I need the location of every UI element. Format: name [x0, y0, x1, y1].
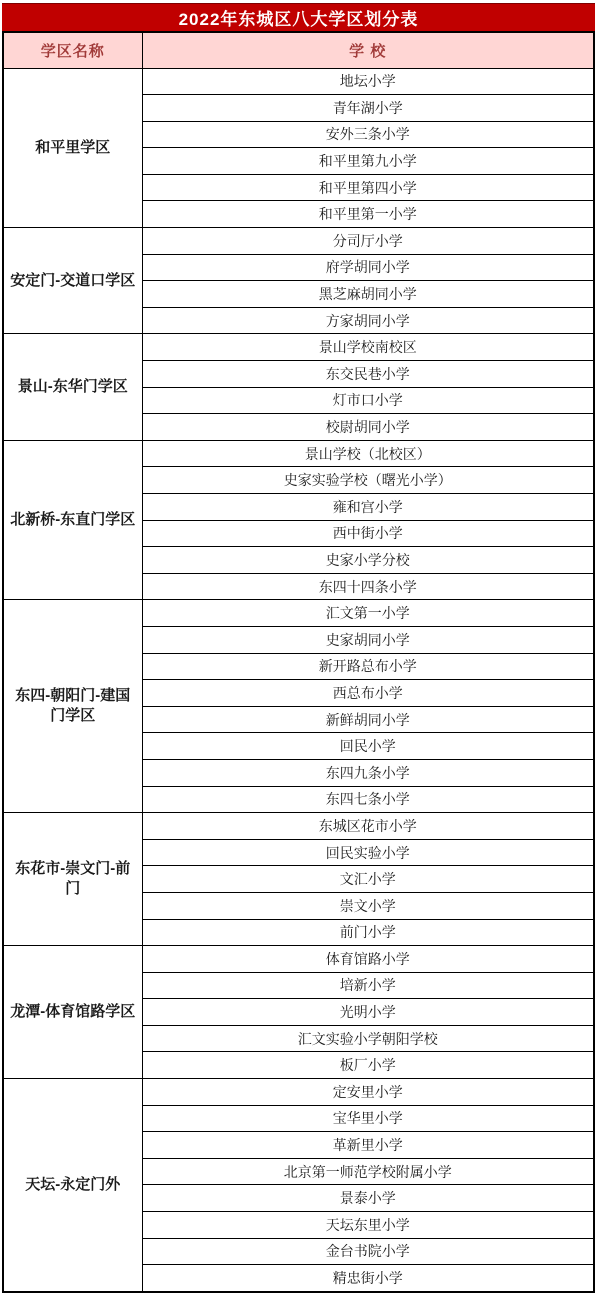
district-name-cell: 景山-东华门学区 [3, 334, 142, 440]
district-name-cell: 北新桥-东直门学区 [3, 440, 142, 600]
school-name-cell: 和平里第一小学 [142, 201, 594, 228]
school-name-cell: 前门小学 [142, 919, 594, 946]
table-row: 和平里学区地坛小学 [3, 68, 594, 95]
table-row: 东四-朝阳门-建国门学区汇文第一小学 [3, 600, 594, 627]
school-name-cell: 文汇小学 [142, 866, 594, 893]
table-body: 和平里学区地坛小学青年湖小学安外三条小学和平里第九小学和平里第四小学和平里第一小… [3, 68, 594, 1292]
table-row: 天坛-永定门外定安里小学 [3, 1079, 594, 1106]
district-name-cell: 和平里学区 [3, 68, 142, 228]
school-name-cell: 史家小学分校 [142, 547, 594, 574]
district-name-cell: 安定门-交道口学区 [3, 228, 142, 334]
school-name-cell: 新鲜胡同小学 [142, 706, 594, 733]
school-name-cell: 回民小学 [142, 733, 594, 760]
column-header-district: 学区名称 [3, 32, 142, 68]
district-name-cell: 龙潭-体育馆路学区 [3, 946, 142, 1079]
school-name-cell: 东交民巷小学 [142, 361, 594, 388]
school-name-cell: 西中街小学 [142, 520, 594, 547]
district-name-cell: 天坛-永定门外 [3, 1079, 142, 1292]
school-name-cell: 金台书院小学 [142, 1238, 594, 1265]
school-name-cell: 革新里小学 [142, 1132, 594, 1159]
district-name-cell: 东花市-崇文门-前门 [3, 813, 142, 946]
school-name-cell: 安外三条小学 [142, 121, 594, 148]
school-name-cell: 汇文实验小学朝阳学校 [142, 1025, 594, 1052]
school-name-cell: 青年湖小学 [142, 95, 594, 122]
school-name-cell: 灯市口小学 [142, 387, 594, 414]
table-row: 景山-东华门学区景山学校南校区 [3, 334, 594, 361]
page-title: 2022年东城区八大学区划分表 [2, 3, 595, 31]
school-name-cell: 板厂小学 [142, 1052, 594, 1079]
school-name-cell: 地坛小学 [142, 68, 594, 95]
school-name-cell: 黑芝麻胡同小学 [142, 281, 594, 308]
school-name-cell: 定安里小学 [142, 1079, 594, 1106]
school-name-cell: 体育馆路小学 [142, 946, 594, 973]
districts-table: 学区名称 学 校 和平里学区地坛小学青年湖小学安外三条小学和平里第九小学和平里第… [2, 31, 595, 1293]
school-name-cell: 东四九条小学 [142, 759, 594, 786]
school-name-cell: 西总布小学 [142, 680, 594, 707]
school-name-cell: 方家胡同小学 [142, 307, 594, 334]
school-name-cell: 新开路总布小学 [142, 653, 594, 680]
school-name-cell: 光明小学 [142, 999, 594, 1026]
school-name-cell: 景山学校南校区 [142, 334, 594, 361]
school-name-cell: 宝华里小学 [142, 1105, 594, 1132]
school-name-cell: 东四七条小学 [142, 786, 594, 813]
school-name-cell: 雍和宫小学 [142, 494, 594, 521]
school-name-cell: 景泰小学 [142, 1185, 594, 1212]
table-row: 东花市-崇文门-前门东城区花市小学 [3, 813, 594, 840]
table-row: 龙潭-体育馆路学区体育馆路小学 [3, 946, 594, 973]
table-row: 北新桥-东直门学区景山学校（北校区） [3, 440, 594, 467]
school-name-cell: 精忠街小学 [142, 1265, 594, 1292]
table-row: 安定门-交道口学区分司厅小学 [3, 228, 594, 255]
school-name-cell: 崇文小学 [142, 892, 594, 919]
school-name-cell: 东城区花市小学 [142, 813, 594, 840]
school-name-cell: 史家实验学校（曙光小学） [142, 467, 594, 494]
school-name-cell: 景山学校（北校区） [142, 440, 594, 467]
school-name-cell: 北京第一师范学校附属小学 [142, 1158, 594, 1185]
school-name-cell: 和平里第九小学 [142, 148, 594, 175]
district-name-cell: 东四-朝阳门-建国门学区 [3, 600, 142, 813]
school-name-cell: 东四十四条小学 [142, 573, 594, 600]
school-name-cell: 和平里第四小学 [142, 174, 594, 201]
school-name-cell: 校尉胡同小学 [142, 414, 594, 441]
header-row: 学区名称 学 校 [3, 32, 594, 68]
school-name-cell: 史家胡同小学 [142, 626, 594, 653]
school-name-cell: 府学胡同小学 [142, 254, 594, 281]
school-name-cell: 培新小学 [142, 972, 594, 999]
school-name-cell: 天坛东里小学 [142, 1212, 594, 1239]
school-name-cell: 分司厅小学 [142, 228, 594, 255]
page: 2022年东城区八大学区划分表 学区名称 学 校 和平里学区地坛小学青年湖小学安… [0, 0, 597, 1295]
school-name-cell: 汇文第一小学 [142, 600, 594, 627]
school-name-cell: 回民实验小学 [142, 839, 594, 866]
column-header-school: 学 校 [142, 32, 594, 68]
